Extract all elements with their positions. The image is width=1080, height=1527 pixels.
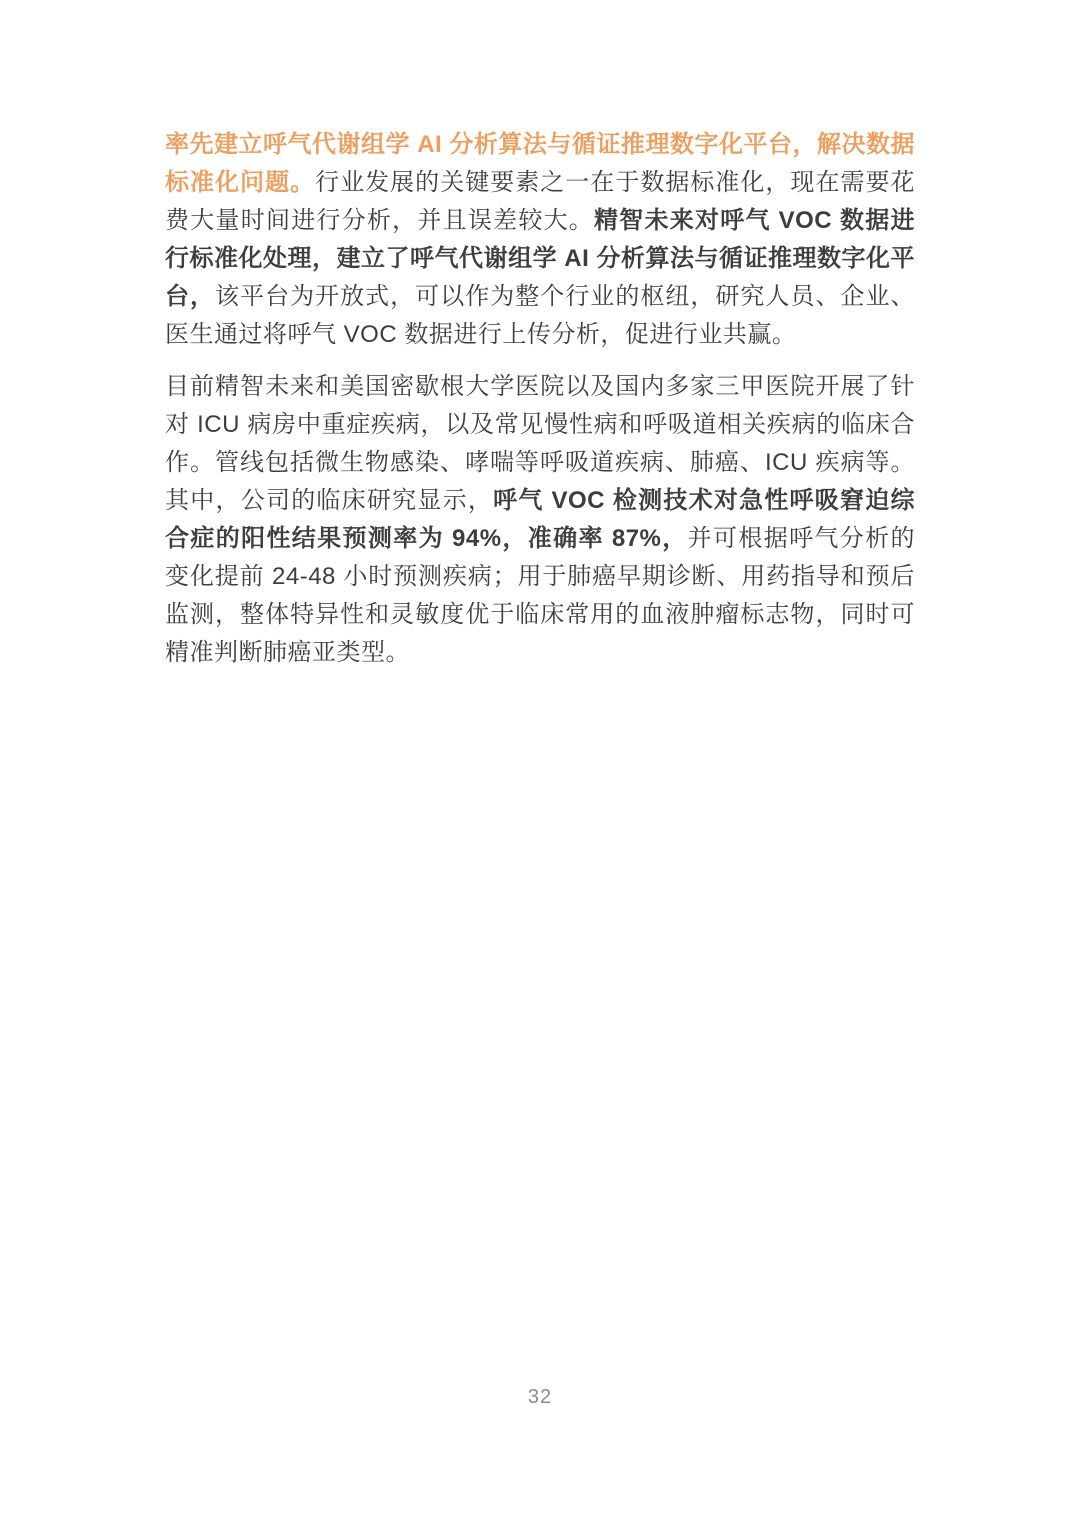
page-footer: 32	[0, 1386, 1080, 1409]
paragraph-platform: 率先建立呼气代谢组学 AI 分析算法与循证推理数字化平台，解决数据标准化问题。行…	[165, 126, 915, 354]
document-page: 率先建立呼气代谢组学 AI 分析算法与循证推理数字化平台，解决数据标准化问题。行…	[0, 0, 1080, 1527]
text-run: 该平台为开放式，可以作为整个行业的枢纽，研究人员、企业、医生通过将呼气 VOC …	[165, 283, 915, 348]
page-number: 32	[528, 1386, 552, 1408]
article-body: 率先建立呼气代谢组学 AI 分析算法与循证推理数字化平台，解决数据标准化问题。行…	[165, 126, 915, 686]
paragraph-clinical: 目前精智未来和美国密歇根大学医院以及国内多家三甲医院开展了针对 ICU 病房中重…	[165, 368, 915, 672]
